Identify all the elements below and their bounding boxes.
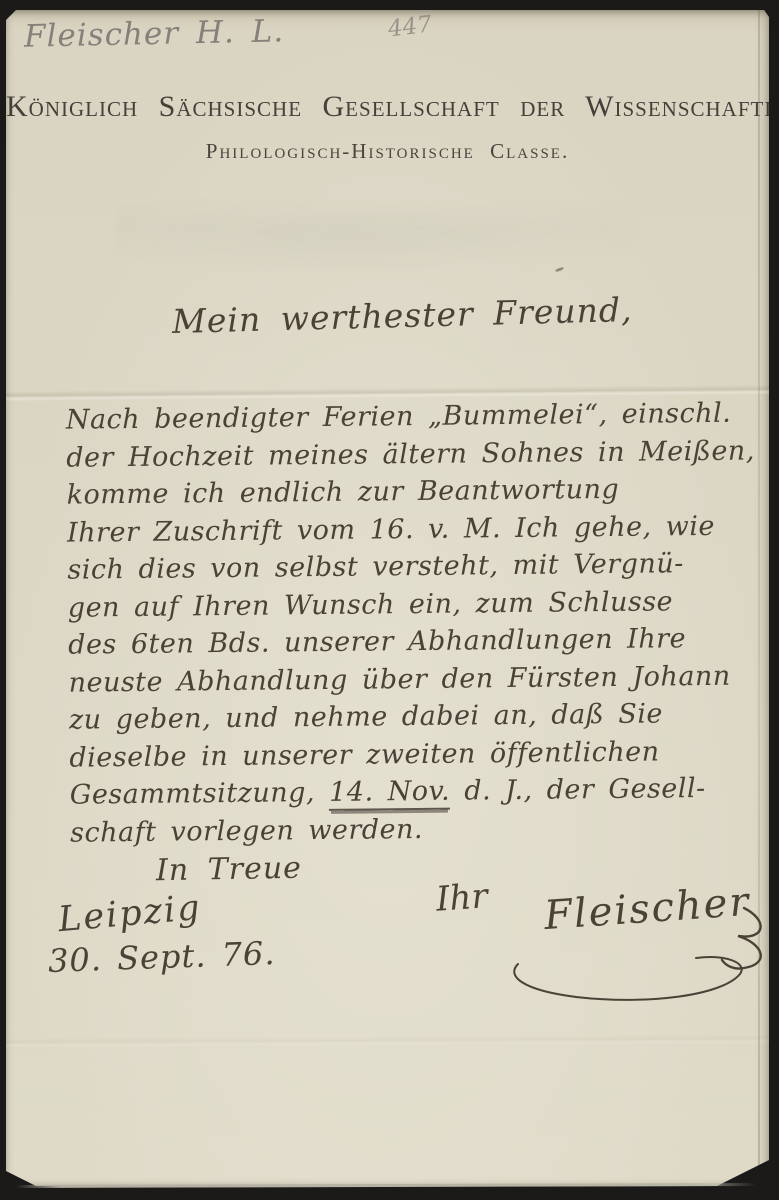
scanned-letter-page: { "annotations": { "owner_pencil": "Flei… [0, 0, 779, 1200]
fold-crease-bottom [6, 1034, 769, 1048]
letter-sheet: Fleischer H. L. 447 Königlich Sächsische… [6, 10, 769, 1186]
letterhead-society-name: Königlich Sächsische Gesellschaft der Wi… [6, 90, 769, 124]
body-line-with-underline: Gesammtsitzung, 14. Nov. d. J., der Gese… [70, 769, 766, 814]
body-line: Nach beendigter Ferien „Bummelei“, einsc… [66, 394, 762, 439]
body-line: zu geben, und nehme dabei an, daß Sie [69, 694, 765, 739]
closing-formula: In Treue [156, 851, 302, 889]
salutation: Mein werthester Freund, [172, 290, 633, 341]
place-line: Leipzig [57, 888, 204, 940]
underline-line-post: d. J., der Gesell- [450, 773, 706, 807]
signature-flourish [426, 906, 776, 1026]
body-line: der Hochzeit meines ältern Sohnes in Mei… [66, 432, 762, 477]
letter-body: Nach beendigter Ferien „Bummelei“, einsc… [66, 394, 767, 851]
underlined-date: 14. Nov. [329, 776, 450, 811]
pencil-page-number: 447 [387, 11, 434, 42]
ink-show-through [116, 200, 636, 270]
paper-bottom-edge-highlight [16, 1183, 756, 1188]
date-line: 30. Sept. 76. [47, 934, 276, 980]
letterhead-class-name: Philologisch-Historische Classe. [6, 139, 769, 164]
pencil-owner-inscription: Fleischer H. L. [24, 13, 285, 54]
underline-line-pre: Gesammtsitzung, [70, 777, 330, 811]
body-last-line: schaft vorlegen werden. [70, 807, 766, 852]
body-line: sich dies von selbst versteht, mit Vergn… [67, 544, 763, 589]
